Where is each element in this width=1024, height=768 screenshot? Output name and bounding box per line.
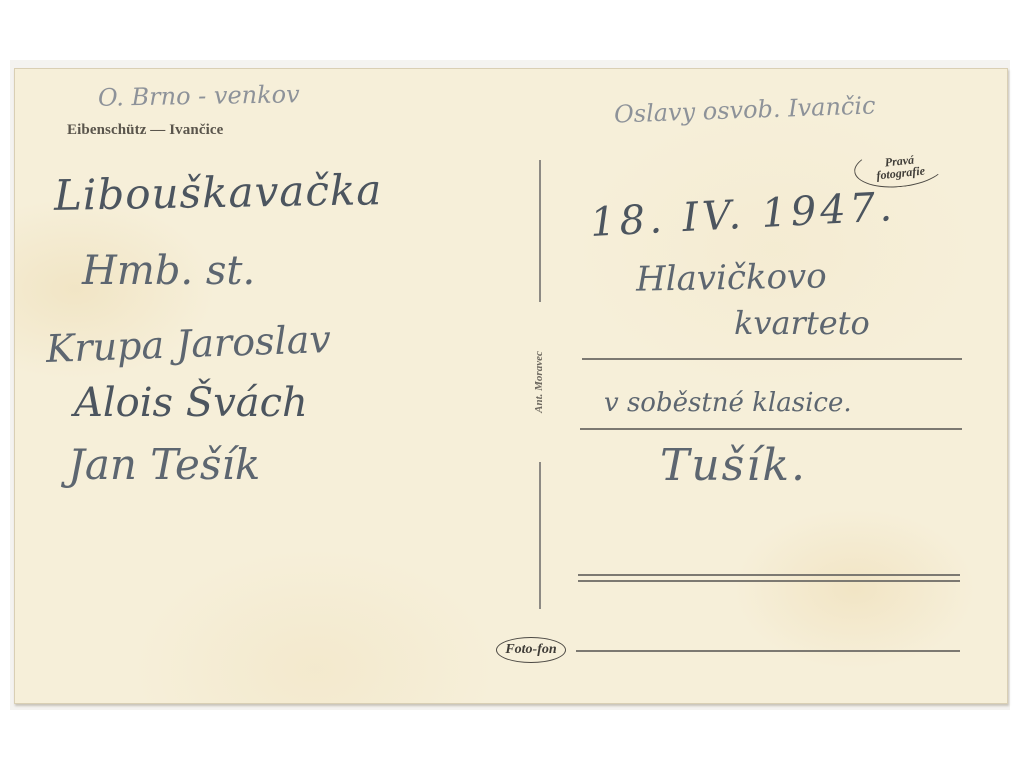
publisher-imprint: Ant. Moravec — [533, 351, 545, 413]
address-line-1 — [582, 358, 962, 360]
foto-fon-logo: Foto-fon — [496, 637, 566, 663]
printed-place-title: Eibenschütz — Ivančice — [67, 122, 223, 139]
handwriting-right-line-3: v soběstné klasice. — [604, 388, 852, 418]
address-line-2 — [580, 428, 962, 430]
handwriting-left-line-4: Alois Švách — [74, 380, 308, 426]
address-line-last — [576, 650, 960, 652]
handwriting-left-line-1: Libouškavačka — [54, 165, 383, 220]
handwriting-left-line-2: Hmb. st. — [82, 248, 255, 294]
address-double-line-top — [578, 574, 960, 576]
scan-background: Eibenschütz — Ivančice Ant. Moravec Foto… — [0, 0, 1024, 768]
prava-fotografie-line2: fotografie — [876, 164, 926, 181]
handwriting-top-left-note: O. Brno - venkov — [98, 80, 300, 112]
handwriting-left-line-5: Jan Tešík — [68, 440, 260, 489]
handwriting-right-line-2: kvarteto — [734, 304, 870, 342]
handwriting-right-line-1: Hlavičkovo — [636, 256, 827, 299]
handwriting-signature: Tušík. — [660, 440, 807, 491]
address-double-line-bottom — [578, 580, 960, 582]
